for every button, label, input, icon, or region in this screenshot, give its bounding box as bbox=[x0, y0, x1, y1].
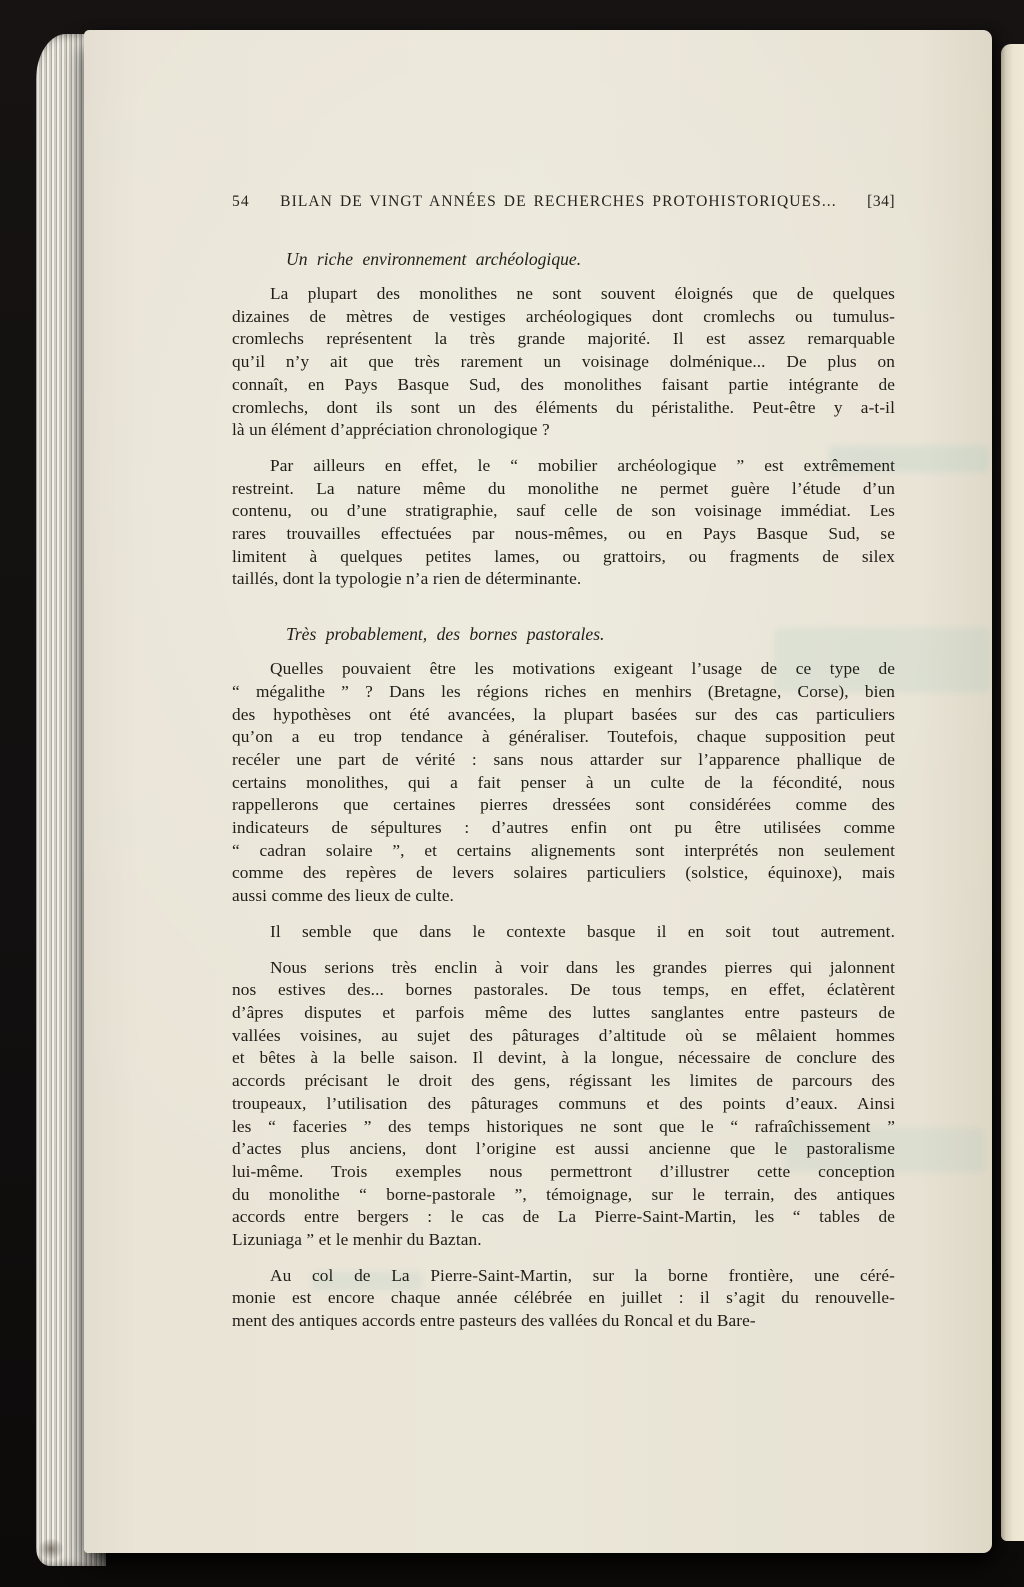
paragraph: Au col de La Pierre-Saint-Martin, sur la… bbox=[232, 1265, 895, 1333]
page-number: 54 bbox=[232, 192, 250, 212]
paragraph-line: Au col de La Pierre-Saint-Martin, sur la… bbox=[232, 1265, 895, 1288]
paragraph-line: Il semble que dans le contexte basque il… bbox=[232, 921, 895, 944]
paragraph-line: certains monolithes, qui a fait penser à… bbox=[232, 772, 895, 795]
paragraph: Quelles pouvaient être les motivations e… bbox=[232, 658, 895, 908]
paragraph: La plupart des monolithes ne sont souven… bbox=[232, 283, 895, 442]
book-page: 54 BILAN DE VINGT ANNÉES DE RECHERCHES P… bbox=[84, 30, 992, 1553]
paragraph-line: rappellerons que certaines pierres dress… bbox=[232, 794, 895, 817]
paragraph-line: connaît, en Pays Basque Sud, des monolit… bbox=[232, 374, 895, 397]
paragraph-line: vallées voisines, au sujet des pâturages… bbox=[232, 1025, 895, 1048]
paragraph-line: recéler une part de vérité : sans nous a… bbox=[232, 749, 895, 772]
bracket-reference: [34] bbox=[867, 192, 895, 212]
paragraph-line: Par ailleurs en effet, le “ mobilier arc… bbox=[232, 455, 895, 478]
paragraph-line: indicateurs de sépultures : d’autres enf… bbox=[232, 817, 895, 840]
paragraph-line: Nous serions très enclin à voir dans les… bbox=[232, 957, 895, 980]
sections-root: Un riche environnement archéologique.La … bbox=[232, 248, 895, 1333]
paragraph-line: contenu, ou d’une stratigraphie, sauf ce… bbox=[232, 500, 895, 523]
paragraph-line: accords précisant le droit des gens, rég… bbox=[232, 1070, 895, 1093]
paragraph-line: Lizuniaga ” et le menhir du Baztan. bbox=[232, 1229, 895, 1252]
paragraph-line: lui-même. Trois exemples nous permettron… bbox=[232, 1161, 895, 1184]
paragraph-line: là un élément d’appréciation chronologiq… bbox=[232, 419, 895, 442]
paragraph-line: les “ faceries ” des temps historiques n… bbox=[232, 1116, 895, 1139]
paragraph-line: ment des antiques accords entre pasteurs… bbox=[232, 1310, 895, 1333]
paragraph-line: qu’on a eu trop tendance à généraliser. … bbox=[232, 726, 895, 749]
paragraph-line: “ cadran solaire ”, et certains aligneme… bbox=[232, 840, 895, 863]
paragraph-line: d’actes plus anciens, dont l’origine est… bbox=[232, 1138, 895, 1161]
page-edge-smudge bbox=[38, 1538, 64, 1560]
facing-page-edge bbox=[1001, 44, 1024, 1541]
running-header: 54 BILAN DE VINGT ANNÉES DE RECHERCHES P… bbox=[232, 192, 895, 212]
paragraph-line: des hypothèses ont été avancées, la plup… bbox=[232, 704, 895, 727]
running-title: BILAN DE VINGT ANNÉES DE RECHERCHES PROT… bbox=[250, 192, 867, 212]
section-heading: Un riche environnement archéologique. bbox=[286, 248, 895, 270]
paragraph-line: La plupart des monolithes ne sont souven… bbox=[232, 283, 895, 306]
paragraph-line: monie est encore chaque année célébrée e… bbox=[232, 1287, 895, 1310]
paragraph-line: aussi comme des lieux de culte. bbox=[232, 885, 895, 908]
paragraph-line: rares trouvailles effectuées par nous-mê… bbox=[232, 523, 895, 546]
paragraph-line: Quelles pouvaient être les motivations e… bbox=[232, 658, 895, 681]
paragraph: Nous serions très enclin à voir dans les… bbox=[232, 957, 895, 1252]
book-photo-scene: 54 BILAN DE VINGT ANNÉES DE RECHERCHES P… bbox=[0, 0, 1024, 1587]
paragraph-line: taillés, dont la typologie n’a rien de d… bbox=[232, 568, 895, 591]
text-block: 54 BILAN DE VINGT ANNÉES DE RECHERCHES P… bbox=[232, 192, 895, 1346]
paragraph: Il semble que dans le contexte basque il… bbox=[232, 921, 895, 944]
paragraph: Par ailleurs en effet, le “ mobilier arc… bbox=[232, 455, 895, 591]
paragraph-line: et bêtes à la belle saison. Il devint, à… bbox=[232, 1047, 895, 1070]
paragraph-line: cromlechs, dont ils sont un des éléments… bbox=[232, 397, 895, 420]
paragraph-line: “ mégalithe ” ? Dans les régions riches … bbox=[232, 681, 895, 704]
paragraph-line: accords entre bergers : le cas de La Pie… bbox=[232, 1206, 895, 1229]
section-heading: Très probablement, des bornes pastorales… bbox=[286, 623, 895, 645]
paragraph-line: nos estives des... bornes pastorales. De… bbox=[232, 979, 895, 1002]
paragraph-line: comme des repères de levers solaires par… bbox=[232, 862, 895, 885]
paragraph-line: qu’il n’y ait que très rarement un voisi… bbox=[232, 351, 895, 374]
paragraph-line: d’âpres disputes et parfois même des lut… bbox=[232, 1002, 895, 1025]
paragraph-line: limitent à quelques petites lames, ou gr… bbox=[232, 546, 895, 569]
paragraph-line: du monolithe “ borne-pastorale ”, témoig… bbox=[232, 1184, 895, 1207]
paragraph-line: restreint. La nature même du monolithe n… bbox=[232, 478, 895, 501]
paragraph-line: dizaines de mètres de vestiges archéolog… bbox=[232, 306, 895, 329]
paragraph-line: troupeaux, l’utilisation des pâturages c… bbox=[232, 1093, 895, 1116]
paragraph-line: cromlechs représentent la très grande ma… bbox=[232, 328, 895, 351]
